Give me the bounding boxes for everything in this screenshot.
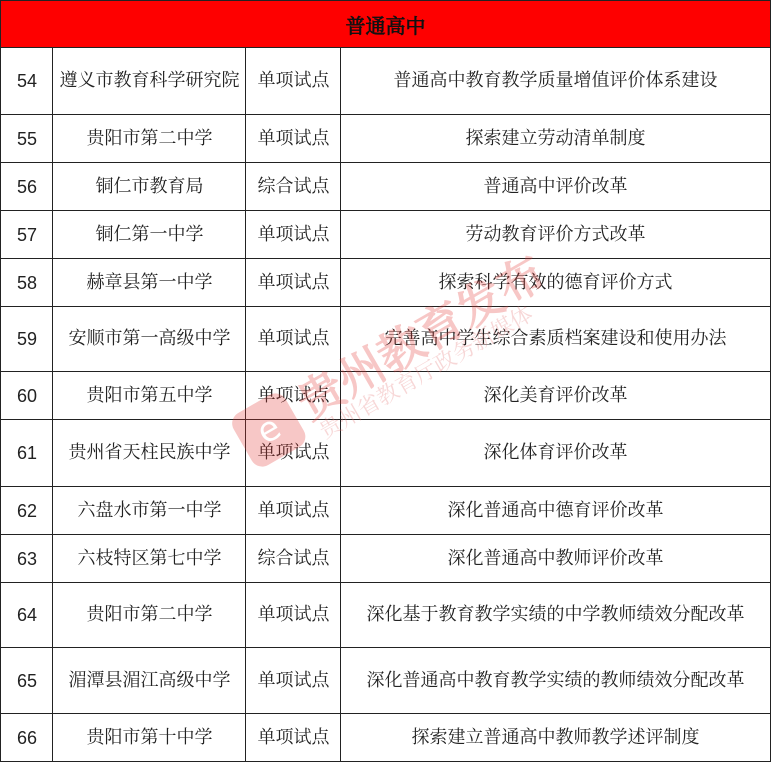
row-number: 60 — [0, 372, 53, 420]
unit-name: 贵阳市第五中学 — [52, 372, 246, 420]
pilot-item: 深化体育评价改革 — [340, 420, 771, 487]
row-number: 62 — [0, 487, 53, 535]
pilot-item: 深化普通高中教育教学实绩的教师绩效分配改革 — [340, 648, 771, 714]
unit-name: 铜仁第一中学 — [52, 211, 246, 259]
pilot-type: 综合试点 — [245, 535, 341, 583]
table-row: 59安顺市第一高级中学单项试点完善高中学生综合素质档案建设和使用办法 — [0, 307, 771, 372]
row-number: 59 — [0, 307, 53, 372]
pilot-type: 单项试点 — [245, 259, 341, 307]
pilot-type: 单项试点 — [245, 420, 341, 487]
table-row: 61贵州省天柱民族中学单项试点深化体育评价改革 — [0, 420, 771, 487]
pilot-type: 单项试点 — [245, 115, 341, 163]
table-row: 63六枝特区第七中学综合试点深化普通高中教师评价改革 — [0, 535, 771, 583]
table-row: 54遵义市教育科学研究院单项试点普通高中教育教学质量增值评价体系建设 — [0, 47, 771, 115]
table-row: 57铜仁第一中学单项试点劳动教育评价方式改革 — [0, 211, 771, 259]
unit-name: 安顺市第一高级中学 — [52, 307, 246, 372]
pilot-item: 普通高中评价改革 — [340, 163, 771, 211]
pilot-item: 劳动教育评价方式改革 — [340, 211, 771, 259]
pilot-type: 单项试点 — [245, 372, 341, 420]
pilot-item: 深化基于教育教学实绩的中学教师绩效分配改革 — [340, 583, 771, 648]
row-number: 58 — [0, 259, 53, 307]
unit-name: 湄潭县湄江高级中学 — [52, 648, 246, 714]
pilot-type: 单项试点 — [245, 583, 341, 648]
pilot-type: 单项试点 — [245, 47, 341, 115]
row-number: 55 — [0, 115, 53, 163]
pilot-item: 完善高中学生综合素质档案建设和使用办法 — [340, 307, 771, 372]
pilot-type: 单项试点 — [245, 648, 341, 714]
row-number: 66 — [0, 714, 53, 762]
pilot-item: 普通高中教育教学质量增值评价体系建设 — [340, 47, 771, 115]
unit-name: 贵阳市第二中学 — [52, 583, 246, 648]
unit-name: 六枝特区第七中学 — [52, 535, 246, 583]
section-header: 普通高中 — [0, 0, 771, 48]
unit-name: 遵义市教育科学研究院 — [52, 47, 246, 115]
table-row: 62六盘水市第一中学单项试点深化普通高中德育评价改革 — [0, 487, 771, 535]
unit-name: 贵阳市第十中学 — [52, 714, 246, 762]
row-number: 61 — [0, 420, 53, 487]
row-number: 54 — [0, 47, 53, 115]
row-number: 63 — [0, 535, 53, 583]
pilot-type: 单项试点 — [245, 714, 341, 762]
table-row: 65湄潭县湄江高级中学单项试点深化普通高中教育教学实绩的教师绩效分配改革 — [0, 648, 771, 714]
unit-name: 六盘水市第一中学 — [52, 487, 246, 535]
unit-name: 贵州省天柱民族中学 — [52, 420, 246, 487]
table-row: 64贵阳市第二中学单项试点深化基于教育教学实绩的中学教师绩效分配改革 — [0, 583, 771, 648]
pilot-item: 探索建立劳动清单制度 — [340, 115, 771, 163]
table-row: 58赫章县第一中学单项试点探索科学有效的德育评价方式 — [0, 259, 771, 307]
pilot-type: 综合试点 — [245, 163, 341, 211]
row-number: 57 — [0, 211, 53, 259]
row-number: 65 — [0, 648, 53, 714]
pilot-item: 探索科学有效的德育评价方式 — [340, 259, 771, 307]
unit-name: 贵阳市第二中学 — [52, 115, 246, 163]
unit-name: 铜仁市教育局 — [52, 163, 246, 211]
table-row: 56铜仁市教育局综合试点普通高中评价改革 — [0, 163, 771, 211]
row-number: 64 — [0, 583, 53, 648]
unit-name: 赫章县第一中学 — [52, 259, 246, 307]
table-row: 60贵阳市第五中学单项试点深化美育评价改革 — [0, 372, 771, 420]
pilot-item: 深化美育评价改革 — [340, 372, 771, 420]
pilot-type: 单项试点 — [245, 487, 341, 535]
pilot-type: 单项试点 — [245, 307, 341, 372]
table-row: 55贵阳市第二中学单项试点探索建立劳动清单制度 — [0, 115, 771, 163]
pilot-item: 探索建立普通高中教师教学述评制度 — [340, 714, 771, 762]
table-row: 66贵阳市第十中学单项试点探索建立普通高中教师教学述评制度 — [0, 714, 771, 762]
pilot-item: 深化普通高中教师评价改革 — [340, 535, 771, 583]
pilot-type: 单项试点 — [245, 211, 341, 259]
row-number: 56 — [0, 163, 53, 211]
pilot-item: 深化普通高中德育评价改革 — [340, 487, 771, 535]
